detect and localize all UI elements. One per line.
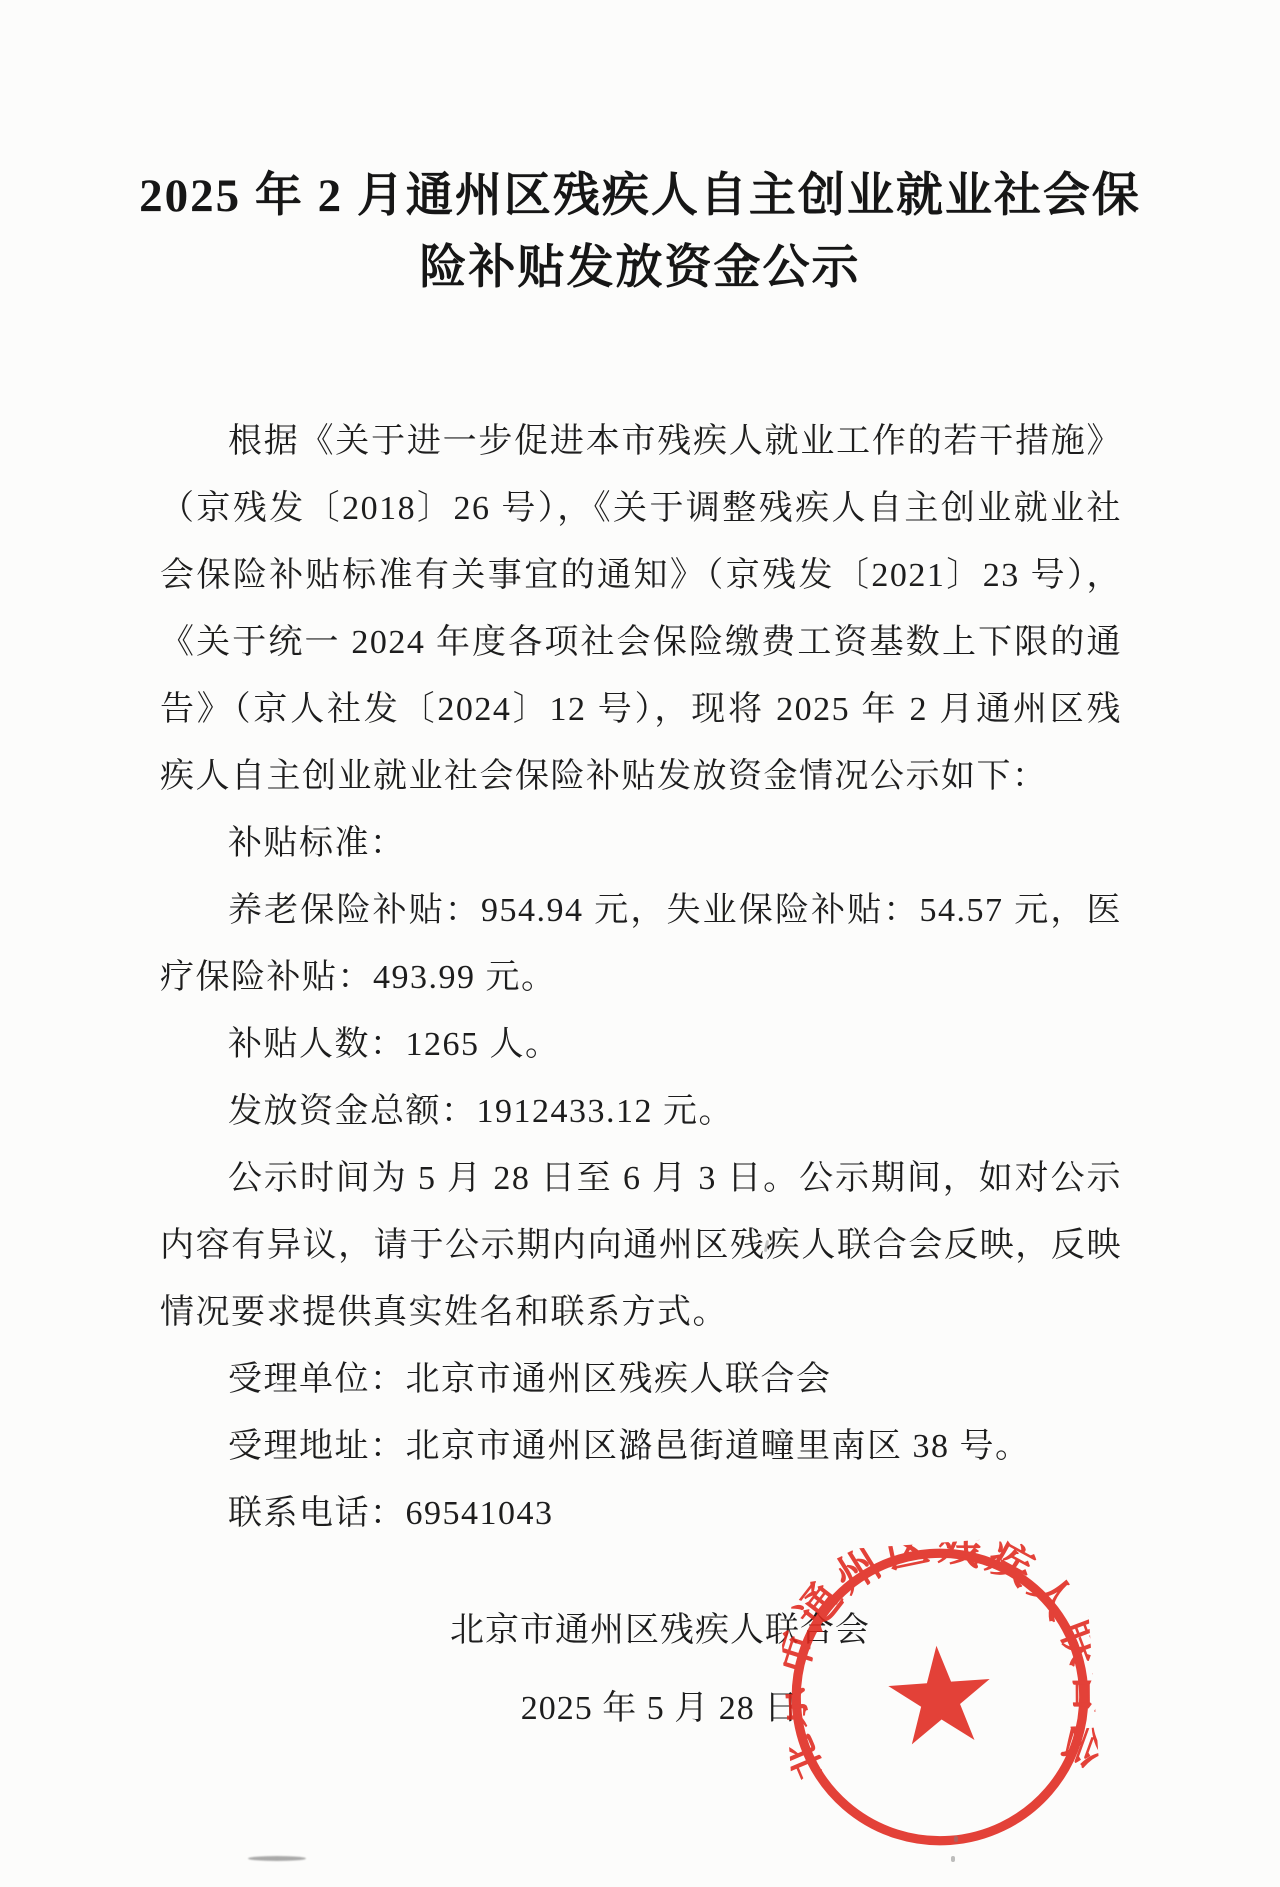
paragraph-subsidy-standard-heading: 补贴标准：: [160, 810, 1122, 877]
paragraph-accepting-unit: 受理单位：北京市通州区残疾人联合会: [160, 1346, 1122, 1413]
signature-org: 北京市通州区残疾人联合会: [450, 1592, 870, 1670]
signature-date: 2025 年 5 月 28 日: [450, 1670, 870, 1748]
paragraph-legal-basis: 根据《关于进一步促进本市残疾人就业工作的若干措施》（京残发〔2018〕26 号）…: [160, 408, 1122, 810]
paragraph-subsidy-amounts: 养老保险补贴：954.94 元，失业保险补贴：54.57 元，医疗保险补贴：49…: [160, 877, 1122, 1011]
paragraph-contact-phone: 联系电话：69541043: [160, 1480, 1122, 1547]
scanned-notice-page: 2025 年 2 月通州区残疾人自主创业就业社会保 险补贴发放资金公示 根据《关…: [0, 0, 1280, 1887]
scan-artifact-smudge: [248, 1856, 306, 1861]
signature-block: 北京市通州区残疾人联合会 2025 年 5 月 28 日: [450, 1592, 870, 1748]
paragraph-accepting-address: 受理地址：北京市通州区潞邑街道疃里南区 38 号。: [160, 1413, 1122, 1480]
scan-artifact-dot: [951, 1856, 955, 1862]
document-body: 根据《关于进一步促进本市残疾人就业工作的若干措施》（京残发〔2018〕26 号）…: [160, 408, 1122, 1547]
scan-artifact-dot: [954, 1836, 958, 1842]
page-title: 2025 年 2 月通州区残疾人自主创业就业社会保 险补贴发放资金公示: [90, 160, 1190, 304]
title-line-1: 2025 年 2 月通州区残疾人自主创业就业社会保: [90, 160, 1190, 232]
seal-star-icon: [886, 1642, 994, 1745]
paragraph-total-amount: 发放资金总额：1912433.12 元。: [160, 1078, 1122, 1145]
paragraph-recipient-count: 补贴人数：1265 人。: [160, 1011, 1122, 1078]
paragraph-publicity-period: 公示时间为 5 月 28 日至 6 月 3 日。公示期间，如对公示内容有异议，请…: [160, 1145, 1122, 1346]
title-line-2: 险补贴发放资金公示: [90, 232, 1190, 304]
